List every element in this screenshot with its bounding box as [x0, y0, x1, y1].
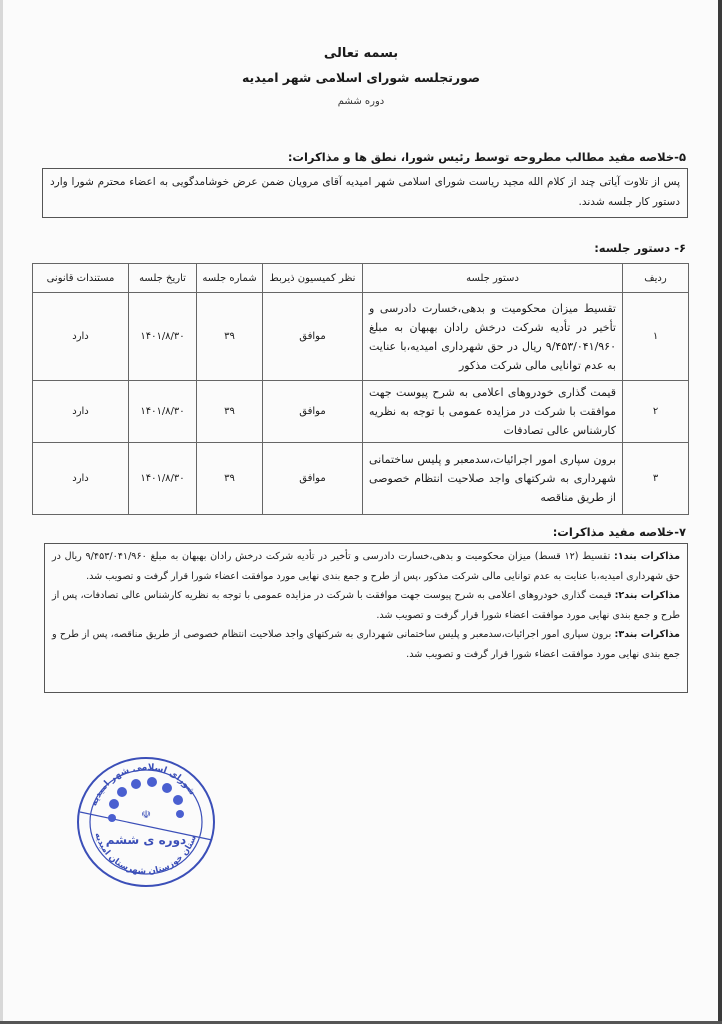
section5-box: پس از تلاوت آیاتی چند از کلام الله مجید … [42, 168, 688, 218]
document-title: صورتجلسه شورای اسلامی شهر امیدیه [0, 70, 722, 85]
commission-opinion: موافق [263, 443, 363, 515]
section6-heading: ۶- دستور جلسه: [594, 241, 686, 255]
council-stamp: ☫ شورای اسلامی شهر امیدیه دوره ی ششم است… [72, 752, 220, 892]
discussion-item-1: مذاکرات بند۱: تقسیط (۱۲ قسط) میزان محکوم… [52, 547, 680, 586]
agenda-text: برون سپاری امور اجرائیات،سدمعبر و پلیس س… [363, 443, 623, 515]
commission-opinion: موافق [263, 293, 363, 381]
row-number: ۲ [623, 381, 689, 443]
row-number: ۱ [623, 293, 689, 381]
discussion-text: قیمت گذاری خودروهای اعلامی به شرح پیوست … [52, 590, 680, 621]
section5-body: پس از تلاوت آیاتی چند از کلام الله مجید … [50, 176, 680, 208]
session-number: ۳۹ [197, 381, 263, 443]
discussion-item-2: مذاکرات بند۲: قیمت گذاری خودروهای اعلامی… [52, 586, 680, 625]
session-date: ۱۴۰۱/۸/۳۰ [129, 381, 197, 443]
stamp-center-text: دوره ی ششم [106, 833, 186, 848]
svg-text:☫: ☫ [141, 808, 151, 821]
scan-edge-right [718, 0, 722, 1024]
row-number: ۳ [623, 443, 689, 515]
legal-docs: دارد [33, 381, 129, 443]
discussion-label: مذاکرات بند۱: [614, 551, 680, 562]
session-date: ۱۴۰۱/۸/۳۰ [129, 443, 197, 515]
discussion-label: مذاکرات بند۲: [615, 590, 680, 601]
agenda-text: تقسیط میزان محکومیت و بدهی،خسارت دادرسی … [363, 293, 623, 381]
scan-edge-left [0, 0, 3, 1024]
table-header-row: ردیف دستور جلسه نظر کمیسیون ذیربط شماره … [33, 264, 689, 293]
stamp-seal-icon: ☫ شورای اسلامی شهر امیدیه دوره ی ششم است… [72, 752, 220, 892]
col-header-session-date: تاریخ جلسه [129, 264, 197, 293]
table-row: ۲ قیمت گذاری خودروهای اعلامی به شرح پیوس… [33, 381, 689, 443]
legal-docs: دارد [33, 293, 129, 381]
agenda-table: ردیف دستور جلسه نظر کمیسیون ذیربط شماره … [32, 263, 689, 515]
legal-docs: دارد [33, 443, 129, 515]
agenda-text: قیمت گذاری خودروهای اعلامی به شرح پیوست … [363, 381, 623, 443]
session-date: ۱۴۰۱/۸/۳۰ [129, 293, 197, 381]
commission-opinion: موافق [263, 381, 363, 443]
table-row: ۱ تقسیط میزان محکومیت و بدهی،خسارت دادرس… [33, 293, 689, 381]
session-number: ۳۹ [197, 443, 263, 515]
col-header-row-no: ردیف [623, 264, 689, 293]
col-header-commission-opinion: نظر کمیسیون ذیربط [263, 264, 363, 293]
table-row: ۳ برون سپاری امور اجرائیات،سدمعبر و پلیس… [33, 443, 689, 515]
session-number: ۳۹ [197, 293, 263, 381]
col-header-session-no: شماره جلسه [197, 264, 263, 293]
discussion-text: تقسیط (۱۲ قسط) میزان محکومیت و بدهی،خسار… [52, 551, 680, 582]
section7-box: مذاکرات بند۱: تقسیط (۱۲ قسط) میزان محکوم… [44, 543, 688, 693]
discussion-text: برون سپاری امور اجرائیات،سدمعبر و پلیس س… [52, 629, 680, 660]
term-label: دوره ششم [0, 96, 722, 107]
col-header-agenda: دستور جلسه [363, 264, 623, 293]
section7-heading: ۷-خلاصه مفید مذاکرات: [553, 525, 686, 539]
invocation-heading: بسمه تعالی [0, 46, 722, 61]
section5-heading: ۵-خلاصه مفید مطالب مطروحه توسط رئیس شورا… [288, 150, 686, 164]
discussion-label: مذاکرات بند۳: [615, 629, 680, 640]
discussion-item-3: مذاکرات بند۳: برون سپاری امور اجرائیات،س… [52, 625, 680, 664]
col-header-legal-docs: مستندات قانونی [33, 264, 129, 293]
